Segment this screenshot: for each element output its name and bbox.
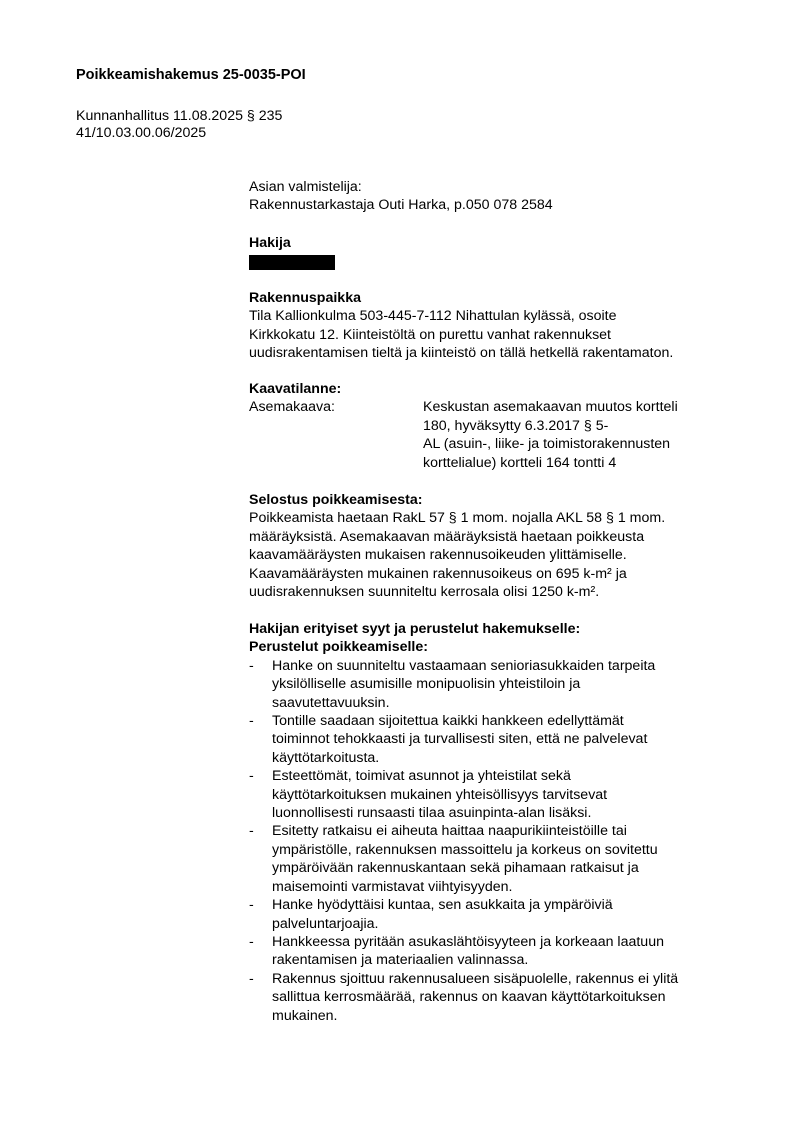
- list-item-line: saavutettavuuksin.: [272, 694, 739, 712]
- justifications-heading: Hakijan erityiset syyt ja perustelut hak…: [249, 620, 739, 638]
- preparer-label: Asian valmistelija:: [249, 178, 739, 196]
- list-item-line: toiminnot tehokkaasti ja turvallisesti s…: [272, 730, 739, 748]
- building-site-line: uudisrakentamisen tieltä ja kiinteistö o…: [249, 344, 739, 362]
- deviation-line: määräyksistä. Asemakaavan määräyksistä h…: [249, 528, 739, 546]
- bullet-dash: -: [249, 970, 254, 988]
- list-item-line: luonnollisesti runsaasti tilaa asuinpint…: [272, 804, 739, 822]
- list-item-line: yksilölliselle asumisille monipuolisin y…: [272, 675, 739, 693]
- bullet-dash: -: [249, 712, 254, 730]
- building-site-line: Tila Kallionkulma 503-445-7-112 Nihattul…: [249, 307, 739, 325]
- deviation-line: uudisrakennuksen suunniteltu kerrosala o…: [249, 583, 739, 601]
- list-item-line: Esteettömät, toimivat asunnot ja yhteist…: [272, 767, 739, 785]
- deviation-section: Selostus poikkeamisesta: Poikkeamista ha…: [249, 491, 739, 601]
- list-item: -Hanke hyödyttäisi kuntaa, sen asukkaita…: [249, 896, 739, 933]
- list-item: -Esitetty ratkaisu ei aiheuta haittaa na…: [249, 822, 739, 896]
- building-site-line: Kirkkokatu 12. Kiinteistöltä on purettu …: [249, 326, 739, 344]
- document-title: Poikkeamishakemus 25-0035-POI: [76, 67, 306, 83]
- zoning-line: AL (asuin-, liike- ja toimistorakennuste…: [423, 435, 670, 453]
- bullet-dash: -: [249, 657, 254, 675]
- list-item-line: maisemointi varmistavat viihtyisyyden.: [272, 878, 739, 896]
- justifications-subheading: Perustelut poikkeamiselle:: [249, 638, 739, 656]
- bullet-dash: -: [249, 896, 254, 914]
- zoning-line: Keskustan asemakaavan muutos kortteli: [423, 398, 678, 416]
- list-item-line: palveluntarjoajia.: [272, 915, 739, 933]
- list-item-line: Esitetty ratkaisu ei aiheuta haittaa naa…: [272, 822, 739, 840]
- list-item-line: Rakennus sjoittuu rakennusalueen sisäpuo…: [272, 970, 739, 988]
- building-site-section: Rakennuspaikka Tila Kallionkulma 503-445…: [249, 289, 739, 363]
- applicant-section: Hakija: [249, 234, 739, 271]
- deviation-line: Kaavamääräysten mukainen rakennusoikeus …: [249, 565, 739, 583]
- redaction-box: [249, 255, 335, 270]
- building-site-heading: Rakennuspaikka: [249, 289, 739, 307]
- bullet-dash: -: [249, 933, 254, 951]
- list-item-line: Hanke hyödyttäisi kuntaa, sen asukkaita …: [272, 896, 739, 914]
- list-item: -Rakennus sjoittuu rakennusalueen sisäpu…: [249, 970, 739, 1025]
- justifications-list: -Hanke on suunniteltu vastaamaan seniori…: [249, 657, 739, 1025]
- zoning-heading: Kaavatilanne:: [249, 380, 739, 398]
- preparer-value: Rakennustarkastaja Outi Harka, p.050 078…: [249, 196, 739, 214]
- list-item-line: rakentamisen ja materiaalien valinnassa.: [272, 951, 739, 969]
- zoning-line: 180, hyväksytty 6.3.2017 § 5-: [423, 417, 608, 435]
- zoning-section: Kaavatilanne: Asemakaava: Keskustan asem…: [249, 380, 739, 472]
- meeting-line: Kunnanhallitus 11.08.2025 § 235: [76, 107, 282, 125]
- list-item: -Hanke on suunniteltu vastaamaan seniori…: [249, 657, 739, 712]
- deviation-line: kaavamääräysten mukaisen rakennusoikeude…: [249, 546, 739, 564]
- deviation-heading: Selostus poikkeamisesta:: [249, 491, 739, 509]
- list-item: -Esteettömät, toimivat asunnot ja yhteis…: [249, 767, 739, 822]
- list-item-line: Tontille saadaan sijoitettua kaikki hank…: [272, 712, 739, 730]
- list-item-line: mukainen.: [272, 1007, 739, 1025]
- list-item: -Hankkeessa pyritään asukaslähtöisyyteen…: [249, 933, 739, 970]
- zoning-line: korttelialue) kortteli 164 tontti 4: [423, 454, 616, 472]
- zoning-label: Asemakaava:: [249, 398, 335, 416]
- applicant-heading: Hakija: [249, 234, 739, 252]
- list-item-line: sallittua kerrosmäärää, rakennus on kaav…: [272, 988, 739, 1006]
- list-item-line: Hanke on suunniteltu vastaamaan senioria…: [272, 657, 739, 675]
- list-item-line: käyttötarkoitusta.: [272, 749, 739, 767]
- list-item-line: ympäröivään rakennuskantaan sekä pihamaa…: [272, 859, 739, 877]
- justifications-section: Hakijan erityiset syyt ja perustelut hak…: [249, 620, 739, 1025]
- bullet-dash: -: [249, 767, 254, 785]
- bullet-dash: -: [249, 822, 254, 840]
- list-item-line: Hankkeessa pyritään asukaslähtöisyyteen …: [272, 933, 739, 951]
- deviation-line: Poikkeamista haetaan RakL 57 § 1 mom. no…: [249, 509, 739, 527]
- preparer-section: Asian valmistelija: Rakennustarkastaja O…: [249, 178, 739, 215]
- list-item-line: ympäristölle, rakennuksen massoittelu ja…: [272, 841, 739, 859]
- diary-number: 41/10.03.00.06/2025: [76, 124, 206, 142]
- list-item: -Tontille saadaan sijoitettua kaikki han…: [249, 712, 739, 767]
- list-item-line: käyttötarkoituksen mukainen yhteisöllisy…: [272, 786, 739, 804]
